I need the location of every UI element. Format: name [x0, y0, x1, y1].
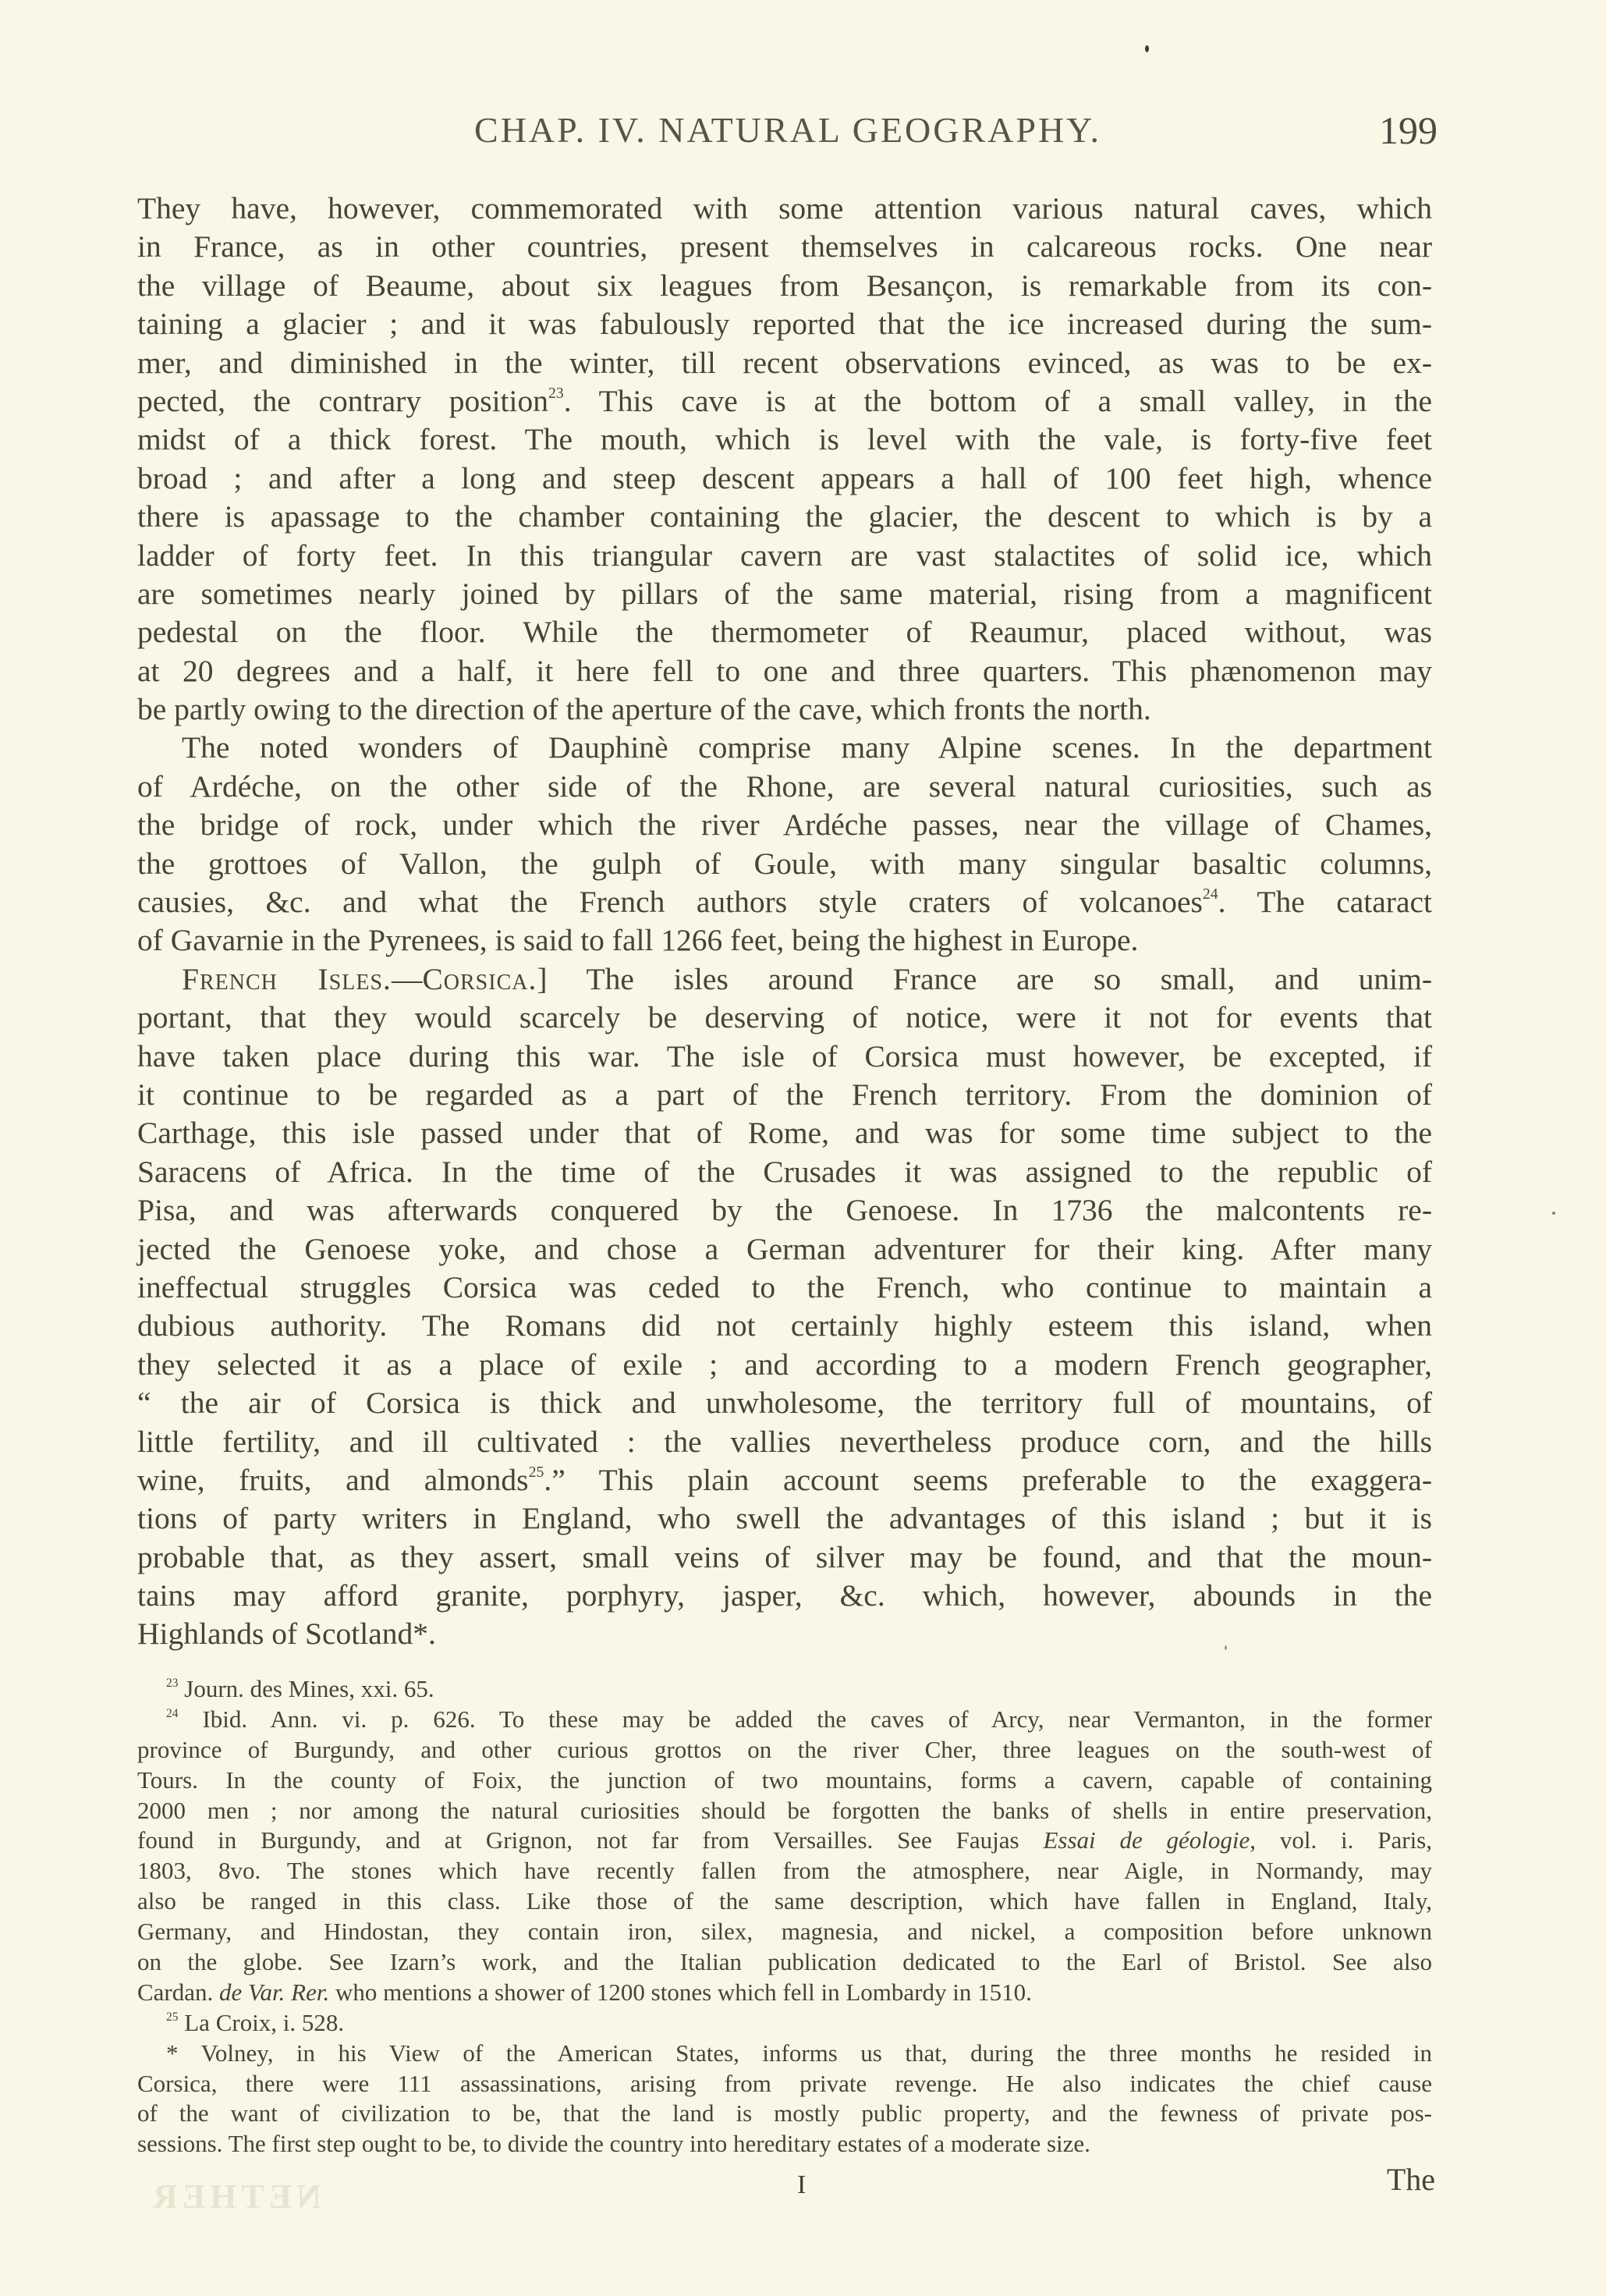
text-line: tions of party writers in England, who s…: [137, 1499, 1432, 1538]
text-line: are sometimes nearly joined by pillars o…: [137, 575, 1432, 613]
side-heading: French Isles.: [182, 962, 392, 996]
text-line: broad ; and after a long and steep desce…: [137, 460, 1432, 498]
text-line: French Isles.—Corsica.] The isles around…: [137, 960, 1432, 999]
side-heading: Corsica.: [422, 962, 537, 996]
book-page: NETHER CHAP. IV. NATURAL GEOGRAPHY. 199 …: [0, 0, 1606, 2296]
text-line: wine, fruits, and almonds25.” This plain…: [137, 1461, 1432, 1499]
footnote-line: on the globe. See Izarn’s work, and the …: [137, 1947, 1432, 1978]
text-line: ladder of forty feet. In this triangular…: [137, 537, 1432, 575]
text-line: the village of Beaume, about six leagues…: [137, 267, 1432, 305]
footnote-23: 23 Journ. des Mines, xxi. 65.: [137, 1674, 1432, 1705]
text-line: the grottoes of Vallon, the gulph of Gou…: [137, 845, 1432, 883]
text-line: probable that, as they assert, small vei…: [137, 1538, 1432, 1577]
footnote-line: 1803, 8vo. The stones which have recentl…: [137, 1856, 1432, 1886]
footnote-ref[interactable]: 25: [529, 1464, 544, 1481]
footnote-line: Germany, and Hindostan, they contain iro…: [137, 1917, 1432, 1947]
footnote-line: Tours. In the county of Foix, the juncti…: [137, 1765, 1432, 1796]
main-text: They have, however, commemorated with so…: [137, 190, 1432, 1654]
text-line: causies, &c. and what the French authors…: [137, 883, 1432, 921]
text-line: at 20 degrees and a half, it here fell t…: [137, 652, 1432, 690]
text-line: tains may afford granite, porphyry, jasp…: [137, 1577, 1432, 1615]
text-line: Saracens of Africa. In the time of the C…: [137, 1153, 1432, 1191]
text-line: “ the air of Corsica is thick and unwhol…: [137, 1384, 1432, 1422]
text-line: taining a glacier ; and it was fabulousl…: [137, 305, 1432, 343]
footnote-line: of the want of civilization to be, that …: [137, 2099, 1432, 2129]
text-line: midst of a thick forest. The mouth, whic…: [137, 421, 1432, 459]
footnote-line: Corsica, there were 111 assassinations, …: [137, 2069, 1432, 2099]
footnote-star: * Volney, in his View of the American St…: [137, 2039, 1432, 2069]
italic-title: de Var. Rer.: [219, 1978, 329, 2006]
text-line: have taken place during this war. The is…: [137, 1038, 1432, 1076]
text-line: pected, the contrary position23. This ca…: [137, 382, 1432, 421]
text-line: They have, however, commemorated with so…: [137, 190, 1432, 228]
text-line: pedestal on the floor. While the thermom…: [137, 613, 1432, 651]
text-line: it continue to be regarded as a part of …: [137, 1076, 1432, 1114]
footnote-line: 2000 men ; nor among the natural curiosi…: [137, 1796, 1432, 1826]
text-line: dubious authority. The Romans did not ce…: [137, 1307, 1432, 1345]
ink-speck: [1145, 45, 1149, 52]
footnote-line: province of Burgundy, and other curious …: [137, 1735, 1432, 1765]
text-line: in France, as in other countries, presen…: [137, 228, 1432, 266]
text-line: portant, that they would scarcely be des…: [137, 999, 1432, 1037]
footnote-24: 24 Ibid. Ann. vi. p. 626. To these may b…: [137, 1705, 1432, 1735]
text-line: there is apassage to the chamber contain…: [137, 498, 1432, 536]
footnote-ref[interactable]: 23: [548, 385, 564, 402]
footnote-line: found in Burgundy, and at Grignon, not f…: [137, 1826, 1432, 1856]
footnote-ref[interactable]: 24: [1203, 885, 1218, 903]
text-line: of Gavarnie in the Pyrenees, is said to …: [137, 921, 1432, 960]
footnote-line: Cardan. de Var. Rer. who mentions a show…: [137, 1978, 1432, 2008]
text-line: ineffectual struggles Corsica was ceded …: [137, 1269, 1432, 1307]
catchword: The: [1326, 2161, 1435, 2198]
text-line: the bridge of rock, under which the rive…: [137, 806, 1432, 844]
bleed-through-text: NETHER: [148, 2177, 321, 2216]
footnotes: 23 Journ. des Mines, xxi. 65. 24 Ibid. A…: [137, 1674, 1432, 2159]
footnote-line: also be ranged in this class. Like those…: [137, 1886, 1432, 1917]
text-line: The noted wonders of Dauphinè comprise m…: [137, 729, 1432, 767]
text-line: be partly owing to the direction of the …: [137, 690, 1432, 729]
text-line: they selected it as a place of exile ; a…: [137, 1346, 1432, 1384]
text-line: Pisa, and was afterwards conquered by th…: [137, 1191, 1432, 1230]
text-line: little fertility, and ill cultivated : t…: [137, 1423, 1432, 1461]
ink-speck: [1225, 1645, 1227, 1650]
text-line: Highlands of Scotland*.: [137, 1615, 1432, 1653]
page-number: 199: [1379, 108, 1435, 153]
text-line: jected the Genoese yoke, and chose a Ger…: [137, 1230, 1432, 1269]
text-line: Carthage, this isle passed under that of…: [137, 1114, 1432, 1152]
footnote-25: 25 La Croix, i. 528.: [137, 2008, 1432, 2039]
italic-title: Essai de géologie: [1043, 1826, 1250, 1854]
footnote-line: sessions. The first step ought to be, to…: [137, 2129, 1432, 2159]
ink-speck: [1552, 1212, 1555, 1215]
running-head: CHAP. IV. NATURAL GEOGRAPHY.: [343, 109, 1232, 151]
text-line: mer, and diminished in the winter, till …: [137, 344, 1432, 382]
signature-mark: I: [797, 2170, 806, 2200]
text-line: of Ardéche, on the other side of the Rho…: [137, 768, 1432, 806]
